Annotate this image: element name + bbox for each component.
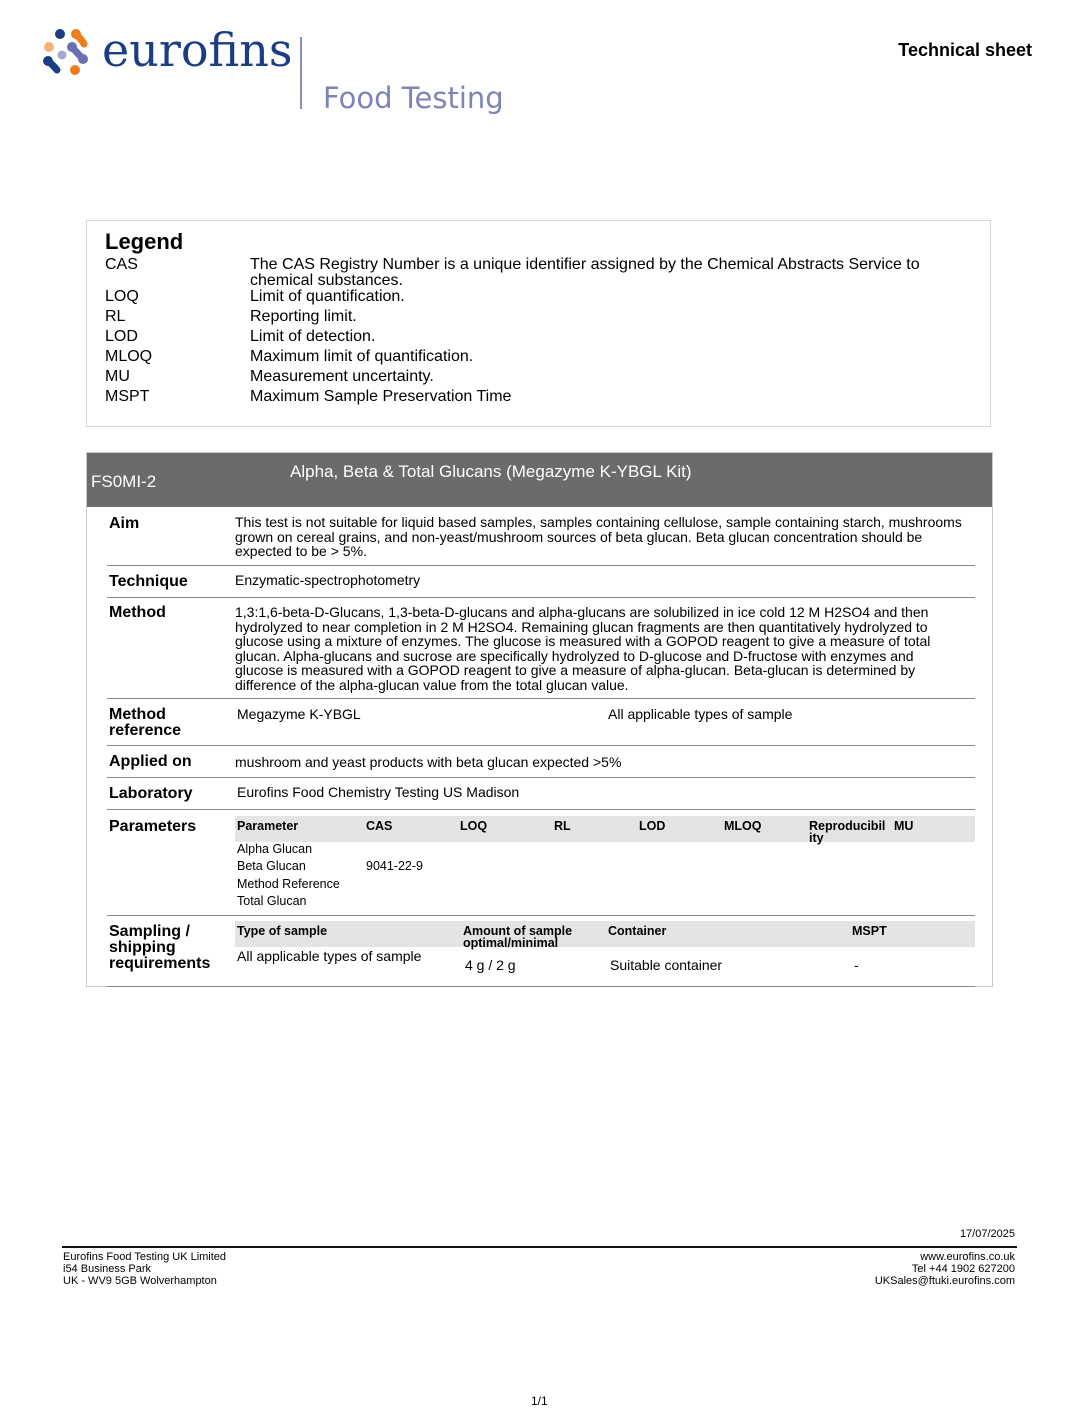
method-label: Method — [109, 605, 166, 621]
footer-address-line2: UK - WV9 5GB Wolverhampton — [63, 1275, 217, 1287]
col-mu: MU — [894, 820, 913, 832]
footer-company: Eurofins Food Testing UK Limited — [63, 1251, 226, 1263]
laboratory-label: Laboratory — [109, 786, 193, 802]
test-header-bar: FS0MI-2 Alpha, Beta & Total Glucans (Meg… — [87, 453, 992, 507]
logo-divider — [300, 37, 302, 109]
parameter-name: Total Glucan — [237, 895, 306, 908]
technique-text: Enzymatic-spectrophotometry — [235, 573, 965, 588]
applied-on-label: Applied on — [109, 754, 192, 770]
sampling-label: Sampling / shipping requirements — [109, 924, 229, 972]
method-reference-label: Method reference — [109, 707, 219, 739]
method-text: 1,3:1,6-beta-D-Glucans, 1,3-beta-D-gluca… — [235, 605, 965, 692]
legend-definition: Reporting limit. — [250, 309, 950, 325]
test-title: Alpha, Beta & Total Glucans (Megazyme K-… — [290, 463, 710, 480]
applied-on-row: Applied on mushroom and yeast products w… — [107, 746, 975, 778]
legend-definition: Limit of detection. — [250, 329, 950, 345]
parameter-name: Method Reference — [237, 878, 340, 891]
footer-divider — [62, 1246, 1017, 1248]
applied-on-text: mushroom and yeast products with beta gl… — [235, 755, 965, 770]
sample-type: All applicable types of sample — [237, 950, 421, 963]
legend-abbr: LOQ — [105, 289, 250, 305]
col-lod: LOD — [639, 820, 665, 832]
legend-item: RL Reporting limit. — [105, 309, 950, 325]
col-cas: CAS — [366, 820, 392, 832]
test-code: FS0MI-2 — [91, 472, 156, 492]
footer-website-link[interactable]: www.eurofins.co.uk — [920, 1251, 1015, 1263]
laboratory-row: Laboratory Eurofins Food Chemistry Testi… — [107, 778, 975, 810]
legend-definition: The CAS Registry Number is a unique iden… — [250, 257, 950, 289]
parameter-cas: 9041-22-9 — [366, 860, 423, 873]
legend-item: MU Measurement uncertainty. — [105, 369, 950, 385]
footer-email-link[interactable]: UKSales@ftuki.eurofins.com — [875, 1275, 1015, 1287]
technique-label: Technique — [109, 574, 188, 590]
aim-row: Aim This test is not suitable for liquid… — [107, 507, 975, 566]
sample-container: Suitable container — [610, 959, 722, 972]
legend-abbr: LOD — [105, 329, 250, 345]
footer-address-line1: i54 Business Park — [63, 1263, 151, 1275]
legend-definition: Maximum limit of quantification. — [250, 349, 950, 365]
sample-mspt: - — [854, 959, 859, 972]
test-card: FS0MI-2 Alpha, Beta & Total Glucans (Meg… — [86, 452, 993, 987]
legend-definition: Maximum Sample Preservation Time — [250, 389, 950, 405]
parameters-row: Parameters Parameter CAS LOQ RL LOD MLOQ… — [107, 810, 975, 916]
legend-abbr: RL — [105, 309, 250, 325]
footer-phone: Tel +44 1902 627200 — [912, 1263, 1015, 1275]
legend-title: Legend — [105, 229, 183, 255]
legend-abbr: CAS — [105, 257, 250, 289]
method-reference-row: Method reference Megazyme K-YBGL All app… — [107, 699, 975, 746]
col-type-of-sample: Type of sample — [237, 925, 327, 937]
col-mspt: MSPT — [852, 925, 887, 937]
legend-item: LOQ Limit of quantification. — [105, 289, 950, 305]
aim-text: This test is not suitable for liquid bas… — [235, 515, 965, 559]
legend-item: CAS The CAS Registry Number is a unique … — [105, 257, 950, 289]
col-container: Container — [608, 925, 666, 937]
logo-subtitle: Food Testing — [323, 80, 504, 116]
method-reference-value: Megazyme K-YBGL — [237, 707, 537, 722]
legend-definition: Limit of quantification. — [250, 289, 950, 305]
sampling-row: Sampling / shipping requirements Type of… — [107, 916, 975, 987]
technique-row: Technique Enzymatic-spectrophotometry — [107, 566, 975, 598]
col-mloq: MLOQ — [724, 820, 762, 832]
page-number: 1/1 — [531, 1394, 548, 1408]
legend-abbr: MLOQ — [105, 349, 250, 365]
logo-wordmark: eurofins — [102, 22, 292, 78]
sampling-table-header: Type of sample Amount of sample optimal/… — [235, 921, 975, 947]
laboratory-text: Eurofins Food Chemistry Testing US Madis… — [237, 785, 967, 800]
col-amount: Amount of sample optimal/minimal — [463, 925, 583, 949]
legend-abbr: MSPT — [105, 389, 250, 405]
method-reference-scope: All applicable types of sample — [608, 707, 908, 722]
col-reproducibility: Reproducibility — [809, 820, 887, 844]
aim-label: Aim — [109, 516, 139, 532]
legend-definition: Measurement uncertainty. — [250, 369, 950, 385]
legend-item: LOD Limit of detection. — [105, 329, 950, 345]
footer-date: 17/07/2025 — [960, 1228, 1015, 1240]
document-type-title: Technical sheet — [898, 40, 1032, 61]
col-parameter: Parameter — [237, 820, 298, 832]
legend-item: MSPT Maximum Sample Preservation Time — [105, 389, 950, 405]
parameter-name: Beta Glucan — [237, 860, 306, 873]
eurofins-logo-icon — [42, 28, 92, 76]
col-rl: RL — [554, 820, 571, 832]
legend-item: MLOQ Maximum limit of quantification. — [105, 349, 950, 365]
method-row: Method 1,3:1,6-beta-D-Glucans, 1,3-beta-… — [107, 598, 975, 699]
parameters-table-header: Parameter CAS LOQ RL LOD MLOQ Reproducib… — [235, 816, 975, 842]
legend-abbr: MU — [105, 369, 250, 385]
sample-amount: 4 g / 2 g — [465, 959, 516, 972]
legend-panel: Legend CAS The CAS Registry Number is a … — [86, 220, 991, 427]
col-loq: LOQ — [460, 820, 487, 832]
parameters-label: Parameters — [109, 819, 196, 835]
parameter-name: Alpha Glucan — [237, 843, 312, 856]
